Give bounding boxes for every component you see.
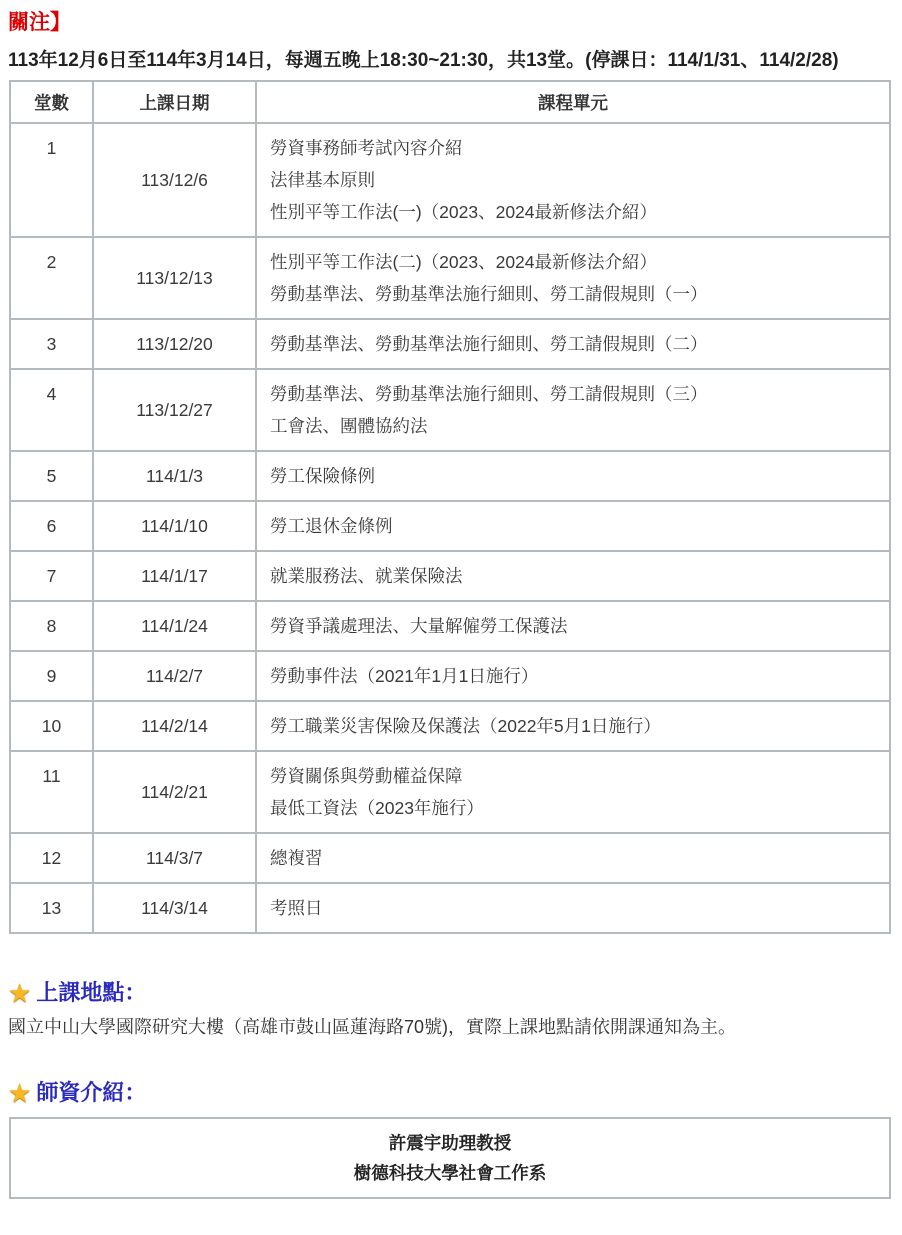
lesson-unit-line: 工會法、團體協約法: [270, 410, 877, 442]
lesson-unit-line: 法律基本原則: [270, 164, 877, 196]
table-header-row: 堂數 上課日期 課程單元: [10, 81, 890, 123]
table-row: 1113/12/6勞資事務師考試內容介紹法律基本原則性別平等工作法(一)（202…: [10, 123, 890, 237]
lesson-date-cell: 114/3/14: [93, 883, 256, 933]
lesson-number-cell: 12: [10, 833, 93, 883]
lesson-unit-line: 勞動基準法、勞動基準法施行細則、勞工請假規則（二）: [270, 328, 877, 360]
lesson-unit-line: 勞資關係與勞動權益保障: [270, 760, 877, 792]
lesson-number-cell: 3: [10, 319, 93, 369]
lesson-date-cell: 114/2/14: [93, 701, 256, 751]
lesson-unit-line: 考照日: [270, 892, 877, 924]
lesson-date-cell: 114/1/17: [93, 551, 256, 601]
page: 關注】 113年12月6日至114年3月14日，每週五晚上18:30~21:30…: [0, 0, 902, 1235]
lesson-number-cell: 2: [10, 237, 93, 319]
lesson-unit-line: 勞動基準法、勞動基準法施行細則、勞工請假規則（一）: [270, 278, 877, 310]
lesson-number-cell: 6: [10, 501, 93, 551]
lesson-unit-line: 勞工職業災害保險及保護法（2022年5月1日施行）: [270, 710, 877, 742]
lesson-date-cell: 113/12/6: [93, 123, 256, 237]
lesson-date-cell: 114/3/7: [93, 833, 256, 883]
lesson-unit-line: 勞資爭議處理法、大量解僱勞工保護法: [270, 610, 877, 642]
lesson-date-cell: 113/12/20: [93, 319, 256, 369]
lesson-date-cell: 114/1/10: [93, 501, 256, 551]
lesson-units-cell: 勞資事務師考試內容介紹法律基本原則性別平等工作法(一)（2023、2024最新修…: [256, 123, 890, 237]
lesson-number-cell: 9: [10, 651, 93, 701]
instructor-card: 許震宇助理教授 樹德科技大學社會工作系: [9, 1117, 891, 1199]
lesson-number-cell: 8: [10, 601, 93, 651]
schedule-table-body: 1113/12/6勞資事務師考試內容介紹法律基本原則性別平等工作法(一)（202…: [10, 123, 890, 933]
alert-title: 關注】: [8, 10, 892, 36]
table-row: 10114/2/14勞工職業災害保險及保護法（2022年5月1日施行）: [10, 701, 890, 751]
lesson-date-cell: 114/1/3: [93, 451, 256, 501]
lesson-date-cell: 114/1/24: [93, 601, 256, 651]
lesson-date-cell: 113/12/13: [93, 237, 256, 319]
lesson-units-cell: 勞動基準法、勞動基準法施行細則、勞工請假規則（二）: [256, 319, 890, 369]
lesson-units-cell: 性別平等工作法(二)（2023、2024最新修法介紹）勞動基準法、勞動基準法施行…: [256, 237, 890, 319]
lesson-number-cell: 7: [10, 551, 93, 601]
lesson-unit-line: 性別平等工作法(一)（2023、2024最新修法介紹）: [270, 196, 877, 228]
lesson-units-cell: 勞工退休金條例: [256, 501, 890, 551]
lesson-units-cell: 勞資關係與勞動權益保障最低工資法（2023年施行）: [256, 751, 890, 833]
table-row: 4113/12/27勞動基準法、勞動基準法施行細則、勞工請假規則（三）工會法、團…: [10, 369, 890, 451]
table-row: 7114/1/17就業服務法、就業保險法: [10, 551, 890, 601]
lesson-units-cell: 勞動事件法（2021年1月1日施行）: [256, 651, 890, 701]
location-heading-label: 上課地點：: [36, 980, 146, 1006]
location-section-heading: ★ 上課地點：: [8, 980, 892, 1006]
lesson-units-cell: 勞資爭議處理法、大量解僱勞工保護法: [256, 601, 890, 651]
lesson-date-cell: 114/2/21: [93, 751, 256, 833]
lesson-unit-line: 總複習: [270, 842, 877, 874]
col-header-class-date: 上課日期: [93, 81, 256, 123]
lesson-unit-line: 勞工保險條例: [270, 460, 877, 492]
lesson-unit-line: 勞動基準法、勞動基準法施行細則、勞工請假規則（三）: [270, 378, 877, 410]
schedule-table: 堂數 上課日期 課程單元 1113/12/6勞資事務師考試內容介紹法律基本原則性…: [9, 80, 891, 934]
table-row: 9114/2/7勞動事件法（2021年1月1日施行）: [10, 651, 890, 701]
table-row: 6114/1/10勞工退休金條例: [10, 501, 890, 551]
lesson-number-cell: 1: [10, 123, 93, 237]
table-row: 2113/12/13性別平等工作法(二)（2023、2024最新修法介紹）勞動基…: [10, 237, 890, 319]
instructor-section-heading: ★ 師資介紹：: [8, 1080, 892, 1106]
table-row: 12114/3/7總複習: [10, 833, 890, 883]
table-row: 13114/3/14考照日: [10, 883, 890, 933]
table-row: 11114/2/21勞資關係與勞動權益保障最低工資法（2023年施行）: [10, 751, 890, 833]
lesson-units-cell: 勞工職業災害保險及保護法（2022年5月1日施行）: [256, 701, 890, 751]
table-row: 5114/1/3勞工保險條例: [10, 451, 890, 501]
lesson-units-cell: 考照日: [256, 883, 890, 933]
lesson-number-cell: 11: [10, 751, 93, 833]
location-body-text: 國立中山大學國際研究大樓（高雄市鼓山區蓮海路70號)，實際上課地點請依開課通知為…: [8, 1014, 892, 1040]
lesson-unit-line: 勞資事務師考試內容介紹: [270, 132, 877, 164]
lesson-units-cell: 總複習: [256, 833, 890, 883]
col-header-course-unit: 課程單元: [256, 81, 890, 123]
instructor-name: 許震宇助理教授: [11, 1128, 889, 1158]
lesson-units-cell: 勞動基準法、勞動基準法施行細則、勞工請假規則（三）工會法、團體協約法: [256, 369, 890, 451]
lesson-units-cell: 勞工保險條例: [256, 451, 890, 501]
lesson-date-cell: 114/2/7: [93, 651, 256, 701]
star-icon: ★: [8, 1080, 31, 1106]
lesson-number-cell: 13: [10, 883, 93, 933]
lesson-date-cell: 113/12/27: [93, 369, 256, 451]
lesson-unit-line: 性別平等工作法(二)（2023、2024最新修法介紹）: [270, 246, 877, 278]
lesson-unit-line: 勞動事件法（2021年1月1日施行）: [270, 660, 877, 692]
lesson-number-cell: 4: [10, 369, 93, 451]
lesson-unit-line: 就業服務法、就業保險法: [270, 560, 877, 592]
star-icon: ★: [8, 980, 31, 1006]
lesson-unit-line: 勞工退休金條例: [270, 510, 877, 542]
instructor-affiliation: 樹德科技大學社會工作系: [11, 1158, 889, 1188]
lesson-units-cell: 就業服務法、就業保險法: [256, 551, 890, 601]
table-row: 8114/1/24勞資爭議處理法、大量解僱勞工保護法: [10, 601, 890, 651]
lesson-number-cell: 10: [10, 701, 93, 751]
col-header-lesson-number: 堂數: [10, 81, 93, 123]
instructor-heading-label: 師資介紹：: [36, 1080, 146, 1106]
table-row: 3113/12/20勞動基準法、勞動基準法施行細則、勞工請假規則（二）: [10, 319, 890, 369]
lesson-unit-line: 最低工資法（2023年施行）: [270, 792, 877, 824]
lesson-number-cell: 5: [10, 451, 93, 501]
course-schedule-summary: 113年12月6日至114年3月14日，每週五晚上18:30~21:30，共13…: [8, 44, 894, 78]
